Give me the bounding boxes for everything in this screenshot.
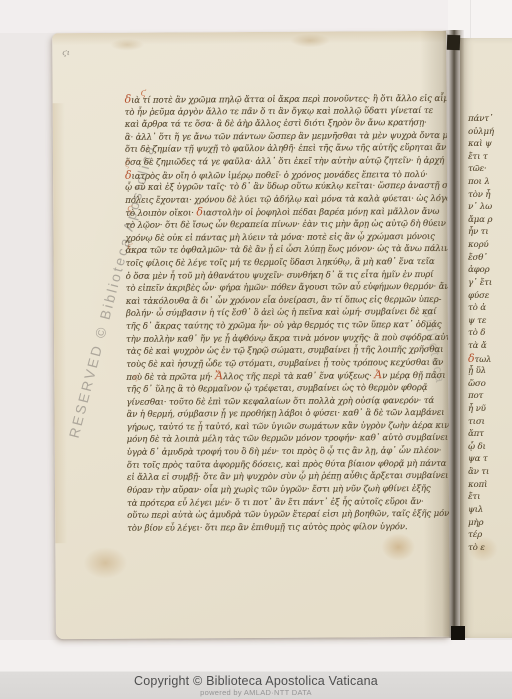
binding-mark-bottom [451, 626, 465, 640]
background-top-strip [0, 0, 512, 33]
footer-bar: Copyright © Biblioteca Apostolica Vatica… [0, 671, 512, 699]
manuscript-line: θύραν τὴν αὔραν· οἷα μὴ χωρὶς τῶν ὑγρῶν·… [127, 483, 450, 498]
facing-page-line: γ᾽ ἔτι [468, 277, 512, 290]
rubric-initial: Ἄ [215, 370, 223, 383]
facing-page-line: οὐλμή [468, 126, 512, 139]
facing-page-line: ἅπτ [468, 428, 512, 441]
facing-page-line: καὶ ψ [468, 138, 512, 151]
facing-page-line: ἔσθ᾽ [468, 252, 512, 265]
facing-page-line: μὴρ [468, 517, 512, 530]
facing-page-line: κορύ [468, 239, 512, 252]
manuscript-line: τὸν βίον εὖ λέγει· ὅτι περ ἂν ἐπιθυμῇ τι… [127, 520, 450, 535]
facing-page-line: πάντ᾽ [468, 113, 512, 126]
facing-page-line: τὰ ἄ [468, 340, 512, 353]
facing-page-line: τὸ ἀ [468, 302, 512, 315]
powered-by-text: powered by AMLAD·NTT DATA [0, 688, 512, 697]
facing-page-line: τισι [468, 416, 512, 429]
facing-page-line: τὸ δ [468, 327, 512, 340]
facing-page-line: ἦ νῦ [468, 403, 512, 416]
page-edge-browning-top [52, 31, 446, 45]
copyright-text: Copyright © Biblioteca Apostolica Vatica… [0, 675, 512, 688]
facing-page-line: ψιλ [468, 504, 512, 517]
facing-page-line: ν᾽ λω [468, 201, 512, 214]
facing-page-line: ἔτι τ [468, 151, 512, 164]
facing-page-textblock: πάντ᾽οὐλμήκαὶ ψἔτι ττῶε·ποι λτὸν ἦν᾽ λωἄ… [468, 113, 512, 554]
facing-page-line: ὥσο [468, 378, 512, 391]
facing-page-line: ἂν τι [468, 466, 512, 479]
foxing-stain [110, 39, 144, 51]
foxing-stain [381, 533, 415, 561]
facing-page-line: ἦν τι [468, 226, 512, 239]
facing-page-line: τέρ [468, 529, 512, 542]
facing-page-line: ποι λ [468, 176, 512, 189]
foxing-stain [290, 34, 330, 48]
facing-page-line: φύσε [468, 290, 512, 303]
facing-page-line: ἄμα ρ [468, 214, 512, 227]
facing-page: πάντ᾽οὐλμήκαὶ ψἔτι ττῶε·ποι λτὸν ἦν᾽ λωἄ… [460, 38, 512, 638]
foxing-stain [83, 547, 127, 579]
manuscript-textblock: διὰ τί ποτὲ ἂν χρῶμα πηλῷ ἅττα οἱ ἄκρα π… [125, 92, 450, 539]
facing-page-line: κοπὶ [468, 479, 512, 492]
facing-page-line: τὸν ἦ [468, 189, 512, 202]
facing-page-line: τῶε· [468, 163, 512, 176]
background-bottom-strip [0, 640, 512, 672]
facing-page-line: ψ τε [468, 315, 512, 328]
facing-page-line: τὸ ε [468, 542, 512, 555]
facing-page-line: ἀφορ [468, 264, 512, 277]
facing-page-line: ᾗ ὕλ [468, 365, 512, 378]
facing-page-line: ποτ [468, 390, 512, 403]
facing-page-line: δτωλ [468, 353, 512, 366]
folio-mark: ϛι [62, 48, 70, 57]
binding-notch-top [447, 35, 461, 50]
page-edge-browning-left [53, 103, 68, 543]
digitized-manuscript-photo: ϛι RESERVED © Biblioteca Apostolica Bibl… [0, 0, 512, 699]
facing-page-line: ἔτι [468, 491, 512, 504]
facing-page-line: ᾧ δι [468, 441, 512, 454]
manuscript-page: ϛι RESERVED © Biblioteca Apostolica Bibl… [52, 31, 450, 639]
facing-page-line: ψα τ [468, 453, 512, 466]
rubric-initial: Ἀ [374, 369, 382, 381]
